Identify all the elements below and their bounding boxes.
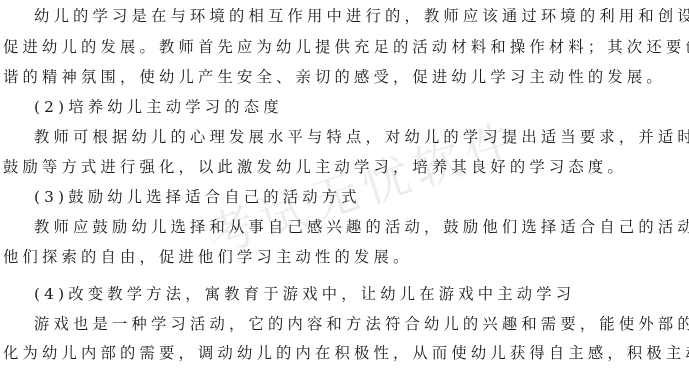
paragraph-4-line-2: 化为幼儿内部的需要，调动幼儿的内在积极性，从而使幼儿获得自主感，积极主动地学习。 xyxy=(3,343,689,363)
paragraph-1-line-1: 幼儿的学习是在与环境的相互作用中进行的，教师应该通过环境的利用和创设来引导并 xyxy=(34,6,689,26)
section-heading-2: (2)培养幼儿主动学习的态度 xyxy=(34,97,283,117)
paragraph-2-line-2: 鼓励等方式进行强化，以此激发幼儿主动学习，培养其良好的学习态度。 xyxy=(3,157,627,177)
paragraph-4-line-1: 游戏也是一种学习活动，它的内容和方法符合幼儿的兴趣和需要，能使外部的教育要求转 xyxy=(34,314,689,334)
paragraph-1-line-2: 促进幼儿的发展。教师首先应为幼儿提供充足的活动材料和操作材料；其次还要创设宽松和 xyxy=(3,37,689,57)
document-page: 考试无忧软件 幼儿的学习是在与环境的相互作用中进行的，教师应该通过环境的利用和创… xyxy=(0,0,689,368)
paragraph-1-line-3: 谐的精神氛围，使幼儿产生安全、亲切的感受，促进幼儿学习主动性的发展。 xyxy=(3,67,666,87)
paragraph-2-line-1: 教师可根据幼儿的心理发展水平与特点，对幼儿的学习提出适当要求，并适时利用榜样、 xyxy=(34,127,689,147)
section-heading-3: (3)鼓励幼儿选择适合自己的活动方式 xyxy=(34,187,361,207)
paragraph-3-line-2: 他们探索的自由，促进他们学习主动性的发展。 xyxy=(3,247,412,267)
paragraph-3-line-1: 教师应鼓励幼儿选择和从事自己感兴趣的活动，鼓励他们选择适合自己的活动方式，给予 xyxy=(34,217,689,237)
section-heading-4: (4)改变教学方法，寓教育于游戏中，让幼儿在游戏中主动学习 xyxy=(34,284,575,304)
